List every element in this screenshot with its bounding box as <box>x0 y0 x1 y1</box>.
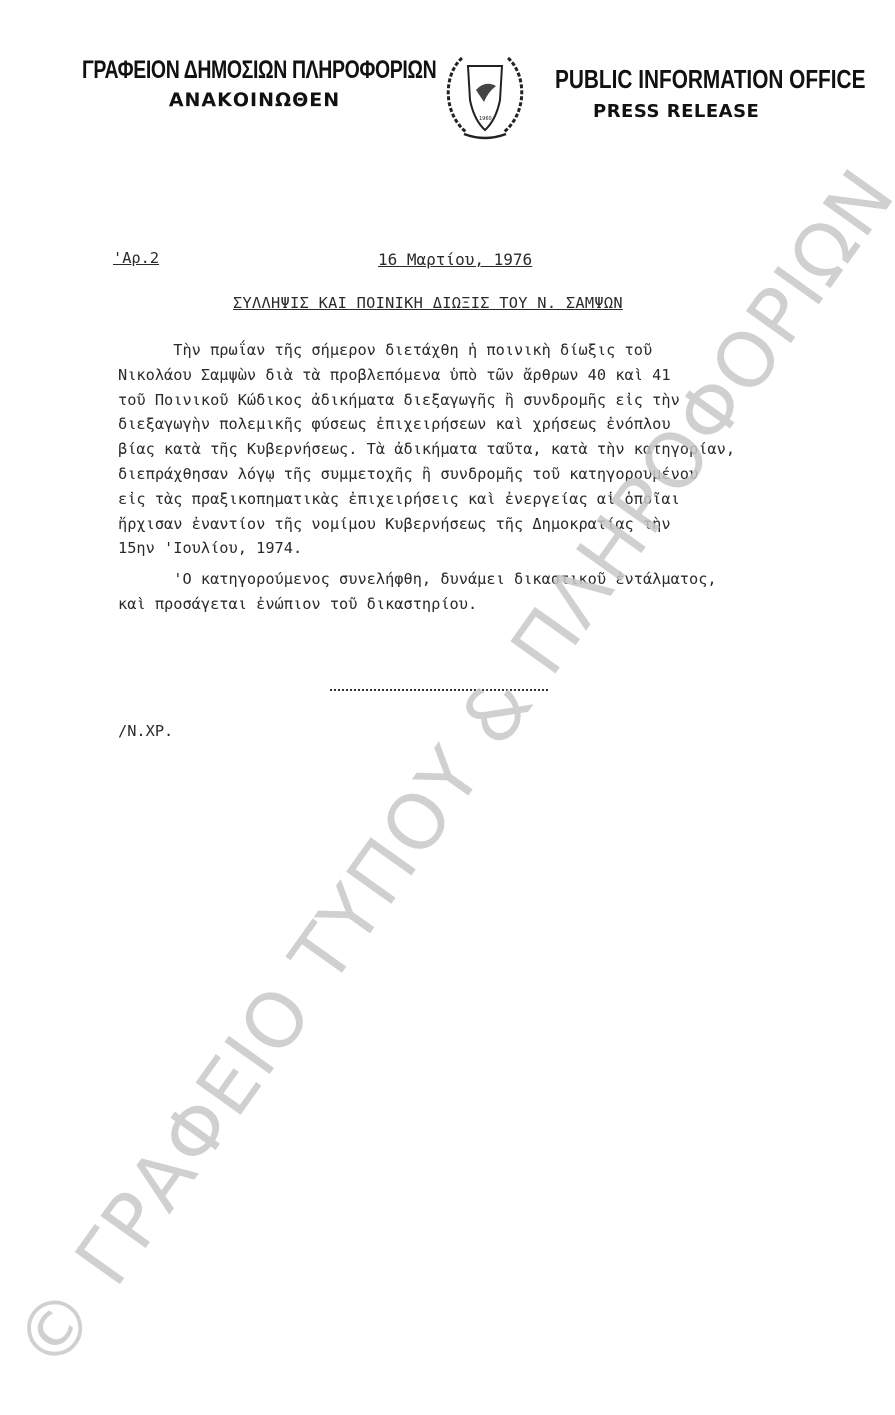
body-line: βίας κατὰ τῆς Κυβερνήσεως. Τὰ ἀδικήματα … <box>118 437 858 462</box>
cyprus-coat-of-arms-icon: 1960 <box>440 50 530 142</box>
body-line: Τὴν πρωΐαν τῆς σήμερον διετάχθη ἡ ποινικ… <box>118 338 858 363</box>
end-divider <box>330 689 548 691</box>
body-line: 15ην 'Ιουλίου, 1974. <box>118 536 858 561</box>
greek-release-label: ΑΝΑΚΟΙΝΩΘΕΝ <box>82 89 427 111</box>
author-initials: /Ν.ΧΡ. <box>118 722 173 740</box>
reference-number: 'Αρ.2 <box>113 249 159 267</box>
svg-text:© ΓΡΑΦΕΙΟ ΤΥΠΟΥ & ΠΛΗΡΟΦΟΡΙΩΝ: © ΓΡΑΦΕΙΟ ΤΥΠΟΥ & ΠΛΗΡΟΦΟΡΙΩΝ - PIO <box>0 0 895 1385</box>
release-date: 16 Μαρτίου, 1976 <box>378 250 532 269</box>
release-body: Τὴν πρωΐαν τῆς σήμερον διετάχθη ἡ ποινικ… <box>118 338 858 617</box>
english-office-name: PUBLIC INFORMATION OFFICE <box>555 64 779 95</box>
greek-office-name: ΓΡΑΦΕΙΟΝ ΔΗΜΟΣΙΩΝ ΠΛΗΡΟΦΟΡΙΩΝ <box>82 56 351 85</box>
release-title: ΣΥΛΛΗΨΙΣ ΚΑΙ ΠΟΙΝΙΚΗ ΔΙΩΞΙΣ ΤΟΥ Ν. ΣΑΜΨΩ… <box>233 294 623 312</box>
body-line: διεξαγωγὴν πολεμικῆς φύσεως ἐπιχειρήσεων… <box>118 412 858 437</box>
paragraph-1: Τὴν πρωΐαν τῆς σήμερον διετάχθη ἡ ποινικ… <box>118 338 858 561</box>
english-header: PUBLIC INFORMATION OFFICE PRESS RELEASE <box>555 64 835 122</box>
body-line: Νικολάου Σαμψὼν διὰ τὰ προβλεπόμενα ὑπὸ … <box>118 363 858 388</box>
body-line: ἤρχισαν ἐναντίον τῆς νομίμου Κυβερνήσεως… <box>118 512 858 537</box>
press-release-page: ΓΡΑΦΕΙΟΝ ΔΗΜΟΣΙΩΝ ΠΛΗΡΟΦΟΡΙΩΝ ΑΝΑΚΟΙΝΩΘΕ… <box>0 0 895 1415</box>
body-line: καὶ προσάγεται ἐνώπιον τοῦ δικαστηρίου. <box>118 592 858 617</box>
body-line: διεπράχθησαν λόγῳ τῆς συμμετοχῆς ἢ συνδρ… <box>118 462 858 487</box>
body-line: 'Ο κατηγορούμενος συνελήφθη, δυνάμει δικ… <box>118 567 858 592</box>
copyright-watermark: © ΓΡΑΦΕΙΟ ΤΥΠΟΥ & ΠΛΗΡΟΦΟΡΙΩΝ - PIO <box>0 0 895 1415</box>
body-line: τοῦ Ποινικοῦ Κώδικος ἀδικήματα διεξαγωγῆ… <box>118 388 858 413</box>
english-release-label: PRESS RELEASE <box>593 101 835 122</box>
svg-text:1960: 1960 <box>479 116 492 122</box>
paragraph-2: 'Ο κατηγορούμενος συνελήφθη, δυνάμει δικ… <box>118 567 858 617</box>
greek-header: ΓΡΑΦΕΙΟΝ ΔΗΜΟΣΙΩΝ ΠΛΗΡΟΦΟΡΙΩΝ ΑΝΑΚΟΙΝΩΘΕ… <box>82 56 427 111</box>
body-line: εἰς τὰς πραξικοπηματικὰς ἐπιχειρήσεις κα… <box>118 487 858 512</box>
